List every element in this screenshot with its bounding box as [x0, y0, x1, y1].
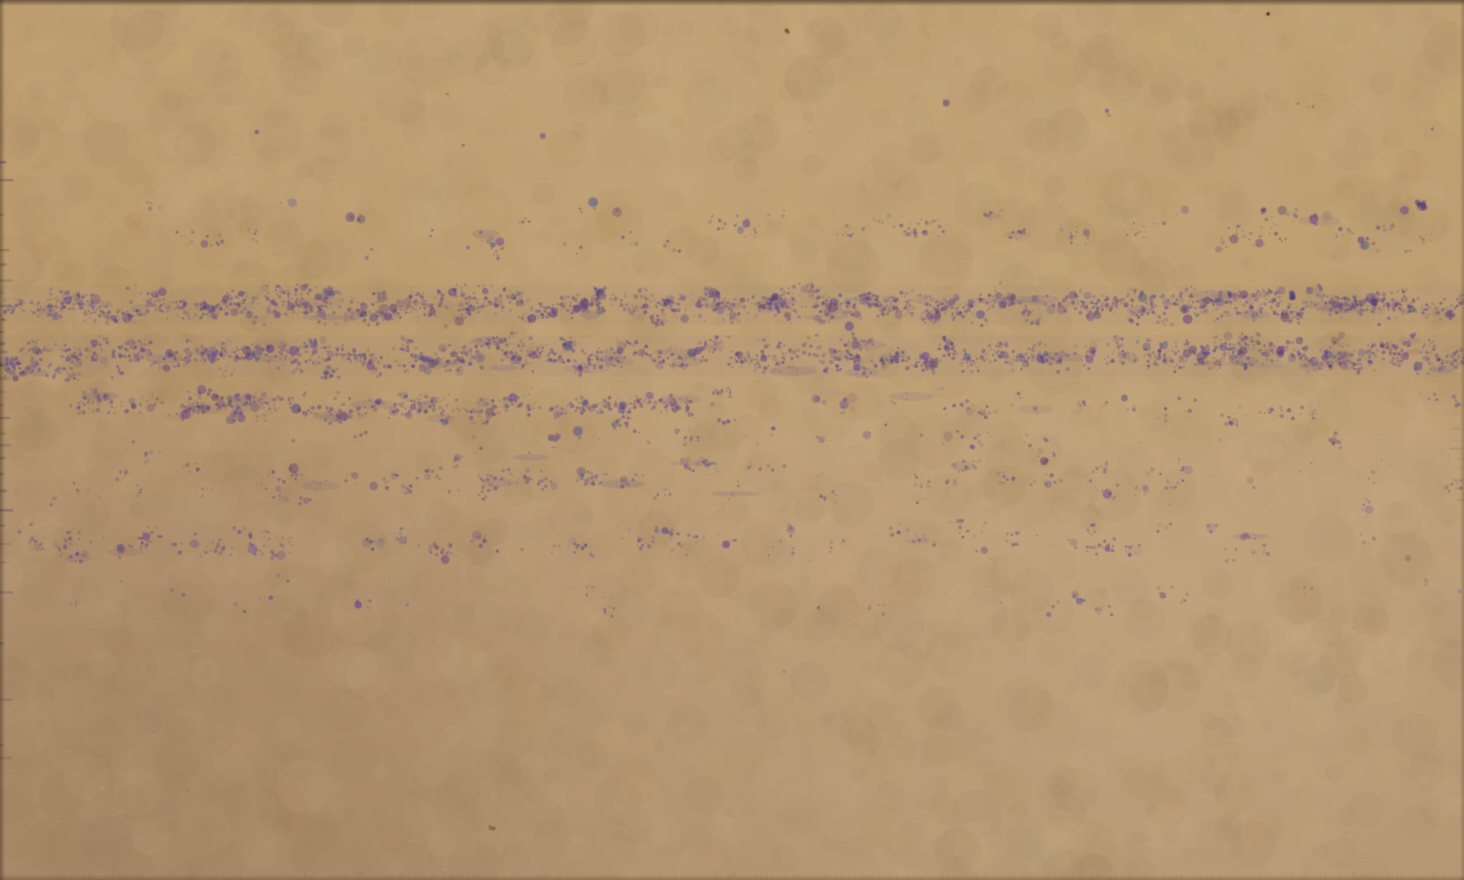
- aged-paper-sheet: [0, 0, 1464, 880]
- scanned-document: [0, 0, 1464, 880]
